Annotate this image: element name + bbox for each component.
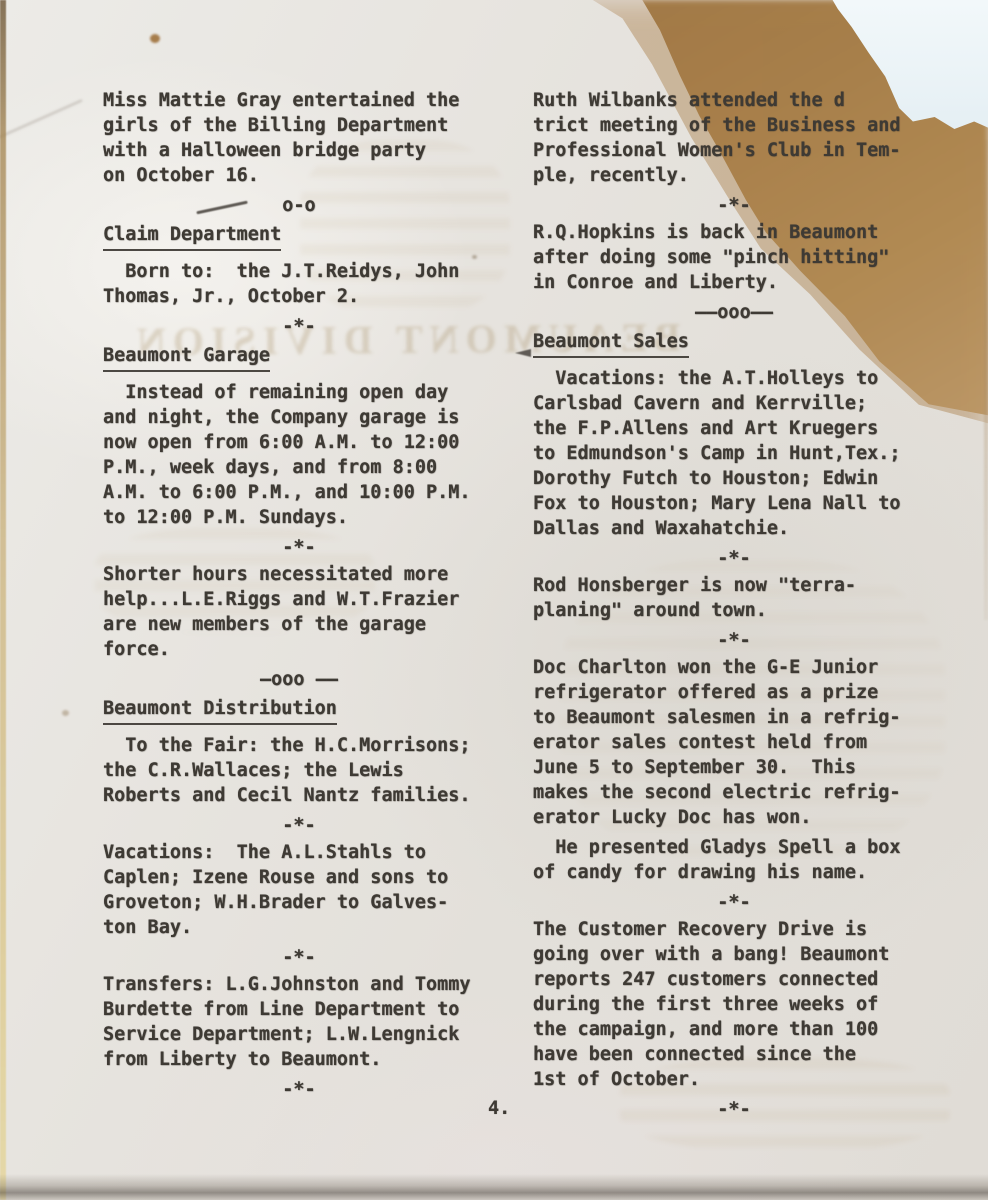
paper-speck [150, 34, 160, 43]
separator: -*- [103, 945, 495, 970]
section-heading: Beaumont Sales [533, 329, 689, 358]
section-heading: Beaumont Distribution [103, 696, 337, 725]
paragraph: Doc Charlton won the G-E Junior refriger… [533, 655, 935, 830]
left-column: Miss Mattie Gray entertained the girls o… [103, 88, 495, 1104]
section-heading: Claim Department [103, 222, 281, 251]
paragraph: Instead of remaining open day and night,… [103, 380, 495, 530]
paragraph: The Customer Recovery Drive is going ove… [533, 917, 935, 1092]
separator: ——ooo—— [533, 300, 935, 325]
separator: -*- [533, 193, 935, 218]
paragraph: Born to: the J.T.Reidys, John Thomas, Jr… [103, 259, 495, 309]
section-heading-row: Claim Department [103, 222, 495, 251]
page-edge-right [984, 140, 988, 620]
page-number: 4. [488, 1098, 510, 1119]
separator: -*- [533, 546, 935, 571]
paragraph: Miss Mattie Gray entertained the girls o… [103, 88, 495, 188]
section-heading-row: Beaumont Sales [533, 329, 935, 358]
separator: -*- [533, 890, 935, 915]
paragraph: Rod Honsberger is now "terra- planing" a… [533, 573, 935, 623]
section-heading-row: Beaumont Distribution [103, 696, 495, 725]
separator: -*- [103, 813, 495, 838]
separator: —ooo —— [103, 667, 495, 692]
separator: -*- [533, 1097, 935, 1122]
paper-speck [472, 255, 477, 259]
paragraph: To the Fair: the H.C.Morrisons; the C.R.… [103, 733, 495, 808]
paragraph: He presented Gladys Spell a box of candy… [533, 835, 935, 885]
separator: -*- [103, 535, 495, 560]
paragraph: Transfers: L.G.Johnston and Tommy Burdet… [103, 972, 495, 1072]
separator: o-o [103, 193, 495, 218]
paragraph: Shorter hours necessitated more help...L… [103, 562, 495, 662]
page-edge-left [0, 0, 6, 1200]
section-heading: Beaumont Garage [103, 343, 270, 372]
scanned-newsletter-page: { "page": { "number": "4.", "bleed_throu… [0, 0, 988, 1200]
right-column: Ruth Wilbanks attended the d trict meeti… [533, 88, 935, 1124]
separator: -*- [533, 628, 935, 653]
page-edge-shadow [0, 1174, 988, 1200]
left-arrow-mark [515, 349, 531, 357]
paragraph: Vacations: the A.T.Holleys to Carlsbad C… [533, 366, 935, 541]
separator: -*- [103, 1077, 495, 1102]
separator: -*- [103, 314, 495, 339]
paragraph: R.Q.Hopkins is back in Beaumont after do… [533, 220, 935, 295]
paragraph: Ruth Wilbanks attended the d trict meeti… [533, 88, 935, 188]
section-heading-row: Beaumont Garage [103, 343, 495, 372]
paper-speck [62, 710, 69, 716]
paragraph: Vacations: The A.L.Stahls to Caplen; Ize… [103, 840, 495, 940]
